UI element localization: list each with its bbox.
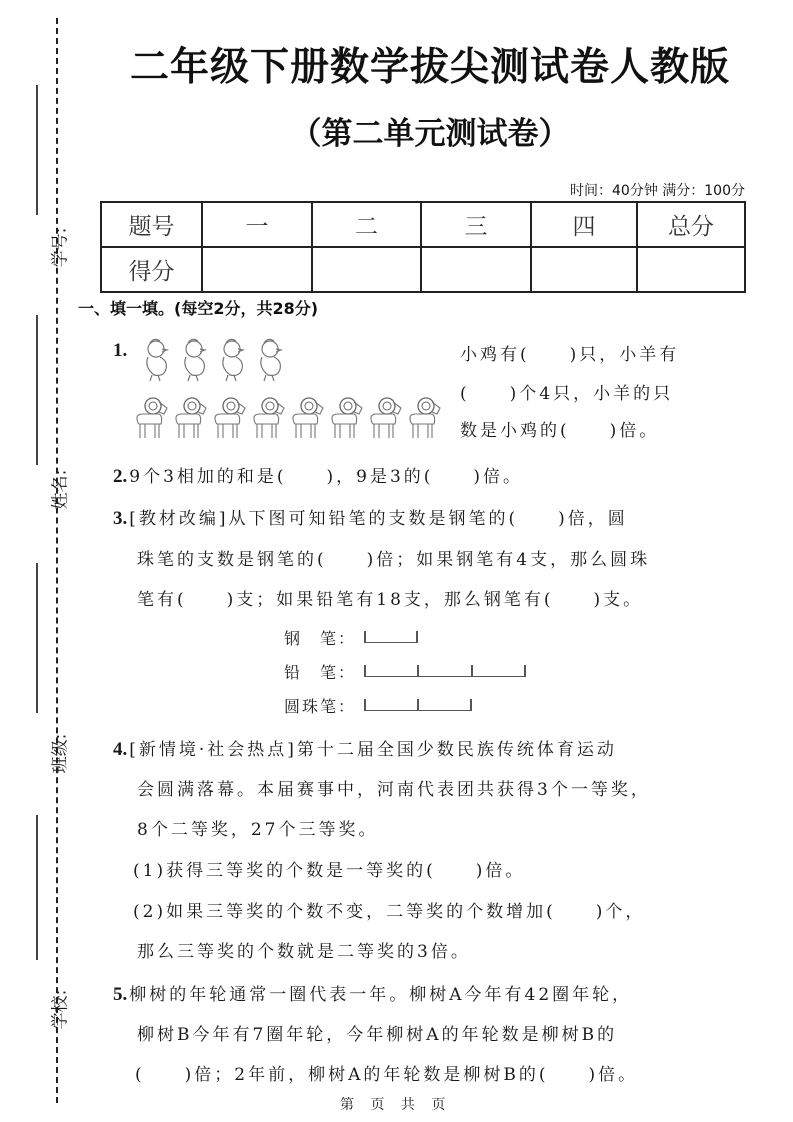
- page-footer: 第 页 共 页: [340, 1094, 451, 1114]
- question-1: 1.: [113, 340, 129, 362]
- student-id-label: 学号:: [46, 218, 71, 278]
- score-table-score-row: 得分: [101, 247, 745, 292]
- section-heading: 一、填一填。(每空2分，共28分): [78, 296, 318, 319]
- q4-sub-2: (2)如果三等奖的个数不变，二等奖的个数增加( )个，: [133, 897, 645, 922]
- segment-bar: [364, 699, 472, 711]
- page-title: 二年级下册数学拔尖测试卷人教版: [100, 36, 760, 92]
- question-number: 2.: [113, 466, 127, 487]
- diagram-label: 铅 笔：: [284, 660, 364, 683]
- q4-sub-2-cont: 那么三等奖的个数就是二等奖的3倍。: [137, 937, 471, 962]
- score-cell: 得分: [101, 247, 202, 292]
- question-number: 3.: [113, 508, 127, 529]
- diagram-row-pen: 钢 笔：: [284, 620, 526, 654]
- q5-line-3: ( )倍；2年前，柳树A的年轮数是柳树B的( )倍。: [135, 1060, 638, 1085]
- score-cell: 四: [531, 202, 637, 247]
- q1-line-3: 数是小鸡的( )倍。: [460, 416, 659, 441]
- question-3: 3.[教材改编]从下图可知铅笔的支数是钢笔的( )倍，圆: [113, 504, 628, 530]
- q5-line-1: 柳树的年轮通常一圈代表一年。柳树A今年有42圈年轮，: [129, 985, 632, 1005]
- score-cell: 二: [312, 202, 421, 247]
- class-label: 班级:: [46, 724, 71, 784]
- chick-icon: [140, 337, 290, 385]
- score-cell: 三: [421, 202, 531, 247]
- q3-line-1: [教材改编]从下图可知铅笔的支数是钢笔的( )倍，圆: [129, 509, 628, 529]
- chick-illustrations: [140, 337, 290, 385]
- page-subtitle: （第二单元测试卷）: [240, 108, 620, 153]
- q4-line-1: [新情境·社会热点]第十二届全国少数民族传统体育运动: [129, 740, 617, 760]
- question-number: 4.: [113, 739, 127, 760]
- question-5: 5.柳树的年轮通常一圈代表一年。柳树A今年有42圈年轮，: [113, 980, 632, 1006]
- q3-line-3: 笔有( )支；如果铅笔有18支，那么钢笔有( )支。: [137, 585, 643, 610]
- ram-illustrations: [133, 394, 448, 444]
- q3-line-2: 珠笔的支数是钢笔的( )倍；如果钢笔有4支，那么圆珠: [137, 545, 650, 570]
- score-input-cell[interactable]: [202, 247, 312, 292]
- question-4: 4.[新情境·社会热点]第十二届全国少数民族传统体育运动: [113, 735, 617, 761]
- name-field[interactable]: 姓名:: [14, 315, 54, 505]
- question-number: 5.: [113, 984, 127, 1005]
- score-cell: 一: [202, 202, 312, 247]
- q4-sub-1: (1)获得三等奖的个数是一等奖的( )倍。: [133, 856, 525, 881]
- score-table-header-row: 题号 一 二 三 四 总分: [101, 202, 745, 247]
- ram-icon: [133, 394, 448, 444]
- student-id-underline: [36, 85, 38, 215]
- pen-line-diagram: 钢 笔： 铅 笔： 圆珠笔：: [284, 620, 526, 722]
- score-input-cell[interactable]: [421, 247, 531, 292]
- segment-bar: [364, 631, 418, 643]
- diagram-label: 圆珠笔：: [284, 694, 364, 717]
- score-input-cell[interactable]: [531, 247, 637, 292]
- score-cell: 总分: [637, 202, 745, 247]
- diagram-label: 钢 笔：: [284, 626, 364, 649]
- class-underline: [36, 563, 38, 713]
- name-underline: [36, 315, 38, 465]
- score-table: 题号 一 二 三 四 总分 得分: [100, 201, 746, 293]
- question-2: 2.9个3相加的和是( )，9是3的( )倍。: [113, 462, 523, 488]
- score-cell: 题号: [101, 202, 202, 247]
- school-field[interactable]: 学校:: [14, 815, 54, 1035]
- q4-line-2: 会圆满落幕。本届赛事中，河南代表团共获得3个一等奖，: [137, 775, 651, 800]
- segment-bar: [364, 665, 526, 677]
- school-underline: [36, 815, 38, 960]
- score-input-cell[interactable]: [312, 247, 421, 292]
- class-field[interactable]: 班级:: [14, 563, 54, 763]
- school-label: 学校:: [46, 980, 71, 1040]
- diagram-row-ballpen: 圆珠笔：: [284, 688, 526, 722]
- score-input-cell[interactable]: [637, 247, 745, 292]
- diagram-row-pencil: 铅 笔：: [284, 654, 526, 688]
- name-label: 姓名:: [46, 460, 71, 520]
- q2-text: 9个3相加的和是( )，9是3的( )倍。: [129, 467, 523, 487]
- q1-line-1: 小鸡有( )只，小羊有: [460, 340, 679, 365]
- binding-dashed-line: [56, 18, 58, 1103]
- exam-meta: 时间：40分钟 满分：100分: [470, 180, 745, 200]
- q4-line-3: 8个二等奖，27个三等奖。: [137, 815, 378, 840]
- q5-line-2: 柳树B今年有7圈年轮，今年柳树A的年轮数是柳树B的: [137, 1020, 617, 1045]
- q1-line-2: ( )个4只，小羊的只: [460, 379, 673, 404]
- question-number: 1.: [113, 340, 127, 361]
- student-id-field[interactable]: 学号:: [14, 85, 54, 315]
